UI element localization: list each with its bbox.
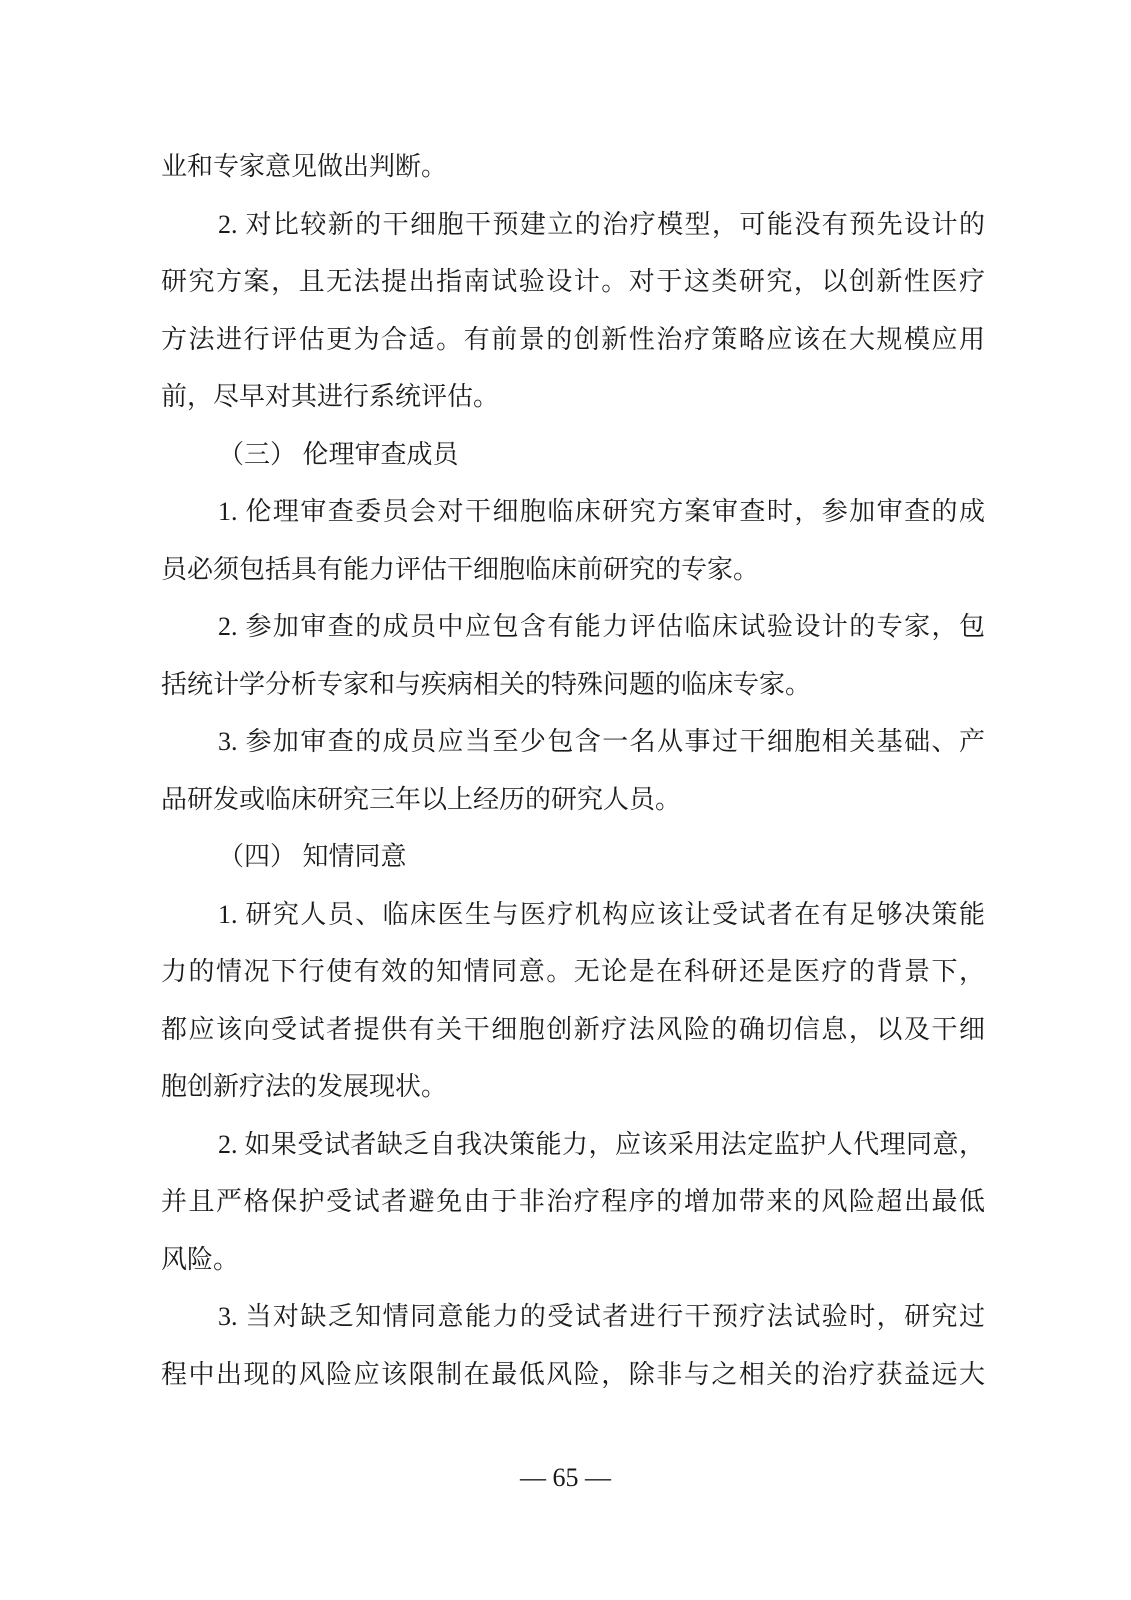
text-line: 员必须包括具有能力评估干细胞临床前研究的专家。	[161, 541, 985, 599]
text-line: 括统计学分析专家和与疾病相关的特殊问题的临床专家。	[161, 656, 985, 714]
text-line: 品研发或临床研究三年以上经历的研究人员。	[161, 771, 985, 829]
section-heading: （四） 知情同意	[161, 828, 985, 886]
text-line: 程中出现的风险应该限制在最低风险，除非与之相关的治疗获益远大	[161, 1346, 985, 1404]
document-page: 业和专家意见做出判断。2. 对比较新的干细胞干预建立的治疗模型，可能没有预先设计…	[0, 0, 1131, 1600]
text-line: 2. 如果受试者缺乏自我决策能力，应该采用法定监护人代理同意，	[161, 1116, 985, 1174]
text-line: 业和专家意见做出判断。	[161, 138, 985, 196]
text-line: 胞创新疗法的发展现状。	[161, 1058, 985, 1116]
page-number: — 65 —	[520, 1463, 611, 1492]
text-line: 力的情况下行使有效的知情同意。无论是在科研还是医疗的背景下，	[161, 943, 985, 1001]
text-line: 3. 当对缺乏知情同意能力的受试者进行干预疗法试验时，研究过	[161, 1288, 985, 1346]
page-body: 业和专家意见做出判断。2. 对比较新的干细胞干预建立的治疗模型，可能没有预先设计…	[161, 138, 985, 1403]
text-line: 1. 研究人员、临床医生与医疗机构应该让受试者在有足够决策能	[161, 886, 985, 944]
text-line: 2. 对比较新的干细胞干预建立的治疗模型，可能没有预先设计的	[161, 196, 985, 254]
text-line: 方法进行评估更为合适。有前景的创新性治疗策略应该在大规模应用	[161, 311, 985, 369]
text-line: 风险。	[161, 1231, 985, 1289]
text-line: 2. 参加审查的成员中应包含有能力评估临床试验设计的专家，包	[161, 598, 985, 656]
page-footer: — 65 —	[0, 1460, 1131, 1496]
section-heading: （三） 伦理审查成员	[161, 426, 985, 484]
text-line: 都应该向受试者提供有关干细胞创新疗法风险的确切信息，以及干细	[161, 1001, 985, 1059]
text-line: 前，尽早对其进行系统评估。	[161, 368, 985, 426]
text-line: 1. 伦理审查委员会对干细胞临床研究方案审查时，参加审查的成	[161, 483, 985, 541]
text-line: 并且严格保护受试者避免由于非治疗程序的增加带来的风险超出最低	[161, 1173, 985, 1231]
text-line: 3. 参加审查的成员应当至少包含一名从事过干细胞相关基础、产	[161, 713, 985, 771]
text-line: 研究方案，且无法提出指南试验设计。对于这类研究，以创新性医疗	[161, 253, 985, 311]
